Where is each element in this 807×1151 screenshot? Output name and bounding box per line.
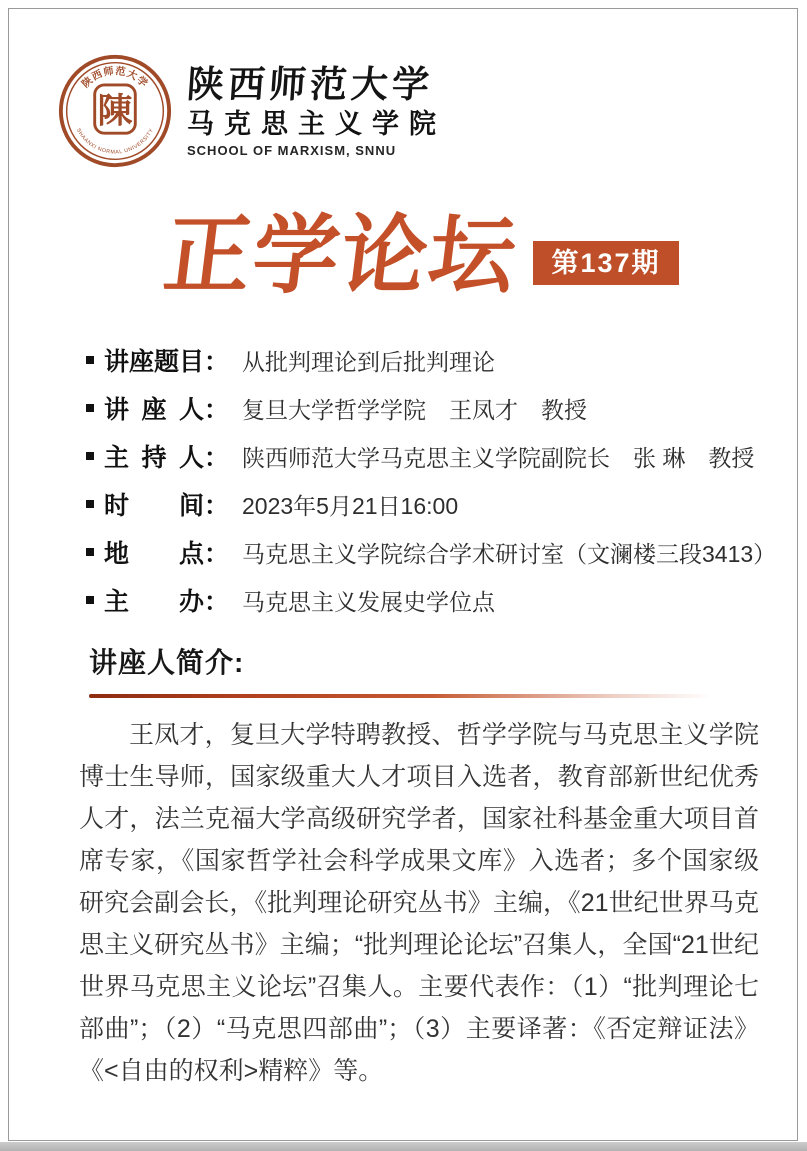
brand-header: 陕西师范大学 SHAANXI NORMAL UNIVERSITY 陳 陕西师范大… [57, 53, 797, 169]
bullet-square-icon [86, 404, 94, 412]
detail-value: 复旦大学哲学学院 王凤才 教授 [242, 392, 587, 425]
detail-label: 地点 [104, 534, 204, 570]
detail-row-topic: 讲座题目 ： 从批判理论到后批判理论 [86, 345, 797, 375]
detail-value: 马克思主义发展史学位点 [242, 584, 495, 617]
detail-row-time: 时间 ： 2023年5月21日16:00 [86, 489, 797, 519]
brand-text-block: 陕西师范大学 马克思主义学院 SCHOOL OF MARXISM, SNNU [187, 64, 446, 158]
forum-title: 正学论坛 [159, 211, 522, 301]
seal-center-character: 陳 [98, 92, 133, 131]
school-name: 马克思主义学院 [187, 110, 446, 140]
university-name: 陕西师范大学 [186, 64, 448, 105]
speaker-bio-section: 讲座人简介: 王凤才，复旦大学特聘教授、哲学学院与马克思主义学院博士生导师，国家… [9, 641, 797, 1092]
detail-colon: ： [204, 534, 229, 570]
bullet-square-icon [86, 452, 94, 460]
bullet-square-icon [86, 500, 94, 508]
detail-label: 主持人 [104, 438, 204, 474]
university-seal-icon: 陕西师范大学 SHAANXI NORMAL UNIVERSITY 陳 [57, 53, 173, 169]
detail-label: 时间 [104, 486, 204, 522]
lecture-details-list: 讲座题目 ： 从批判理论到后批判理论 讲座人 ： 复旦大学哲学学院 王凤才 教授… [9, 345, 797, 615]
detail-label: 讲座人 [104, 390, 204, 426]
detail-label: 主办 [104, 582, 204, 618]
poster-page: 陕西师范大学 SHAANXI NORMAL UNIVERSITY 陳 陕西师范大… [8, 8, 798, 1141]
detail-colon: ： [204, 486, 229, 522]
detail-row-host: 主持人 ： 陕西师范大学马克思主义学院副院长 张 琳 教授 [86, 441, 797, 471]
detail-value: 马克思主义学院综合学术研讨室（文澜楼三段3413） [242, 536, 776, 569]
detail-row-location: 地点 ： 马克思主义学院综合学术研讨室（文澜楼三段3413） [86, 537, 797, 567]
forum-banner: 正学论坛 第137期 [165, 185, 797, 301]
detail-row-speaker: 讲座人 ： 复旦大学哲学学院 王凤才 教授 [86, 393, 797, 423]
detail-value: 2023年5月21日16:00 [242, 488, 458, 521]
bullet-square-icon [86, 356, 94, 364]
detail-row-organizer: 主办 ： 马克思主义发展史学位点 [86, 585, 797, 615]
school-name-english: SCHOOL OF MARXISM, SNNU [187, 143, 446, 158]
bullet-square-icon [86, 548, 94, 556]
bio-heading: 讲座人简介: [89, 641, 797, 681]
detail-colon: ： [204, 438, 229, 474]
detail-colon: ： [204, 342, 229, 378]
issue-badge: 第137期 [533, 241, 679, 285]
detail-colon: ： [204, 582, 229, 618]
bio-paragraph: 王凤才，复旦大学特聘教授、哲学学院与马克思主义学院博士生导师，国家级重大人才项目… [79, 714, 759, 1092]
bullet-square-icon [86, 596, 94, 604]
detail-colon: ： [204, 390, 229, 426]
page-bottom-shadow [0, 1142, 807, 1151]
detail-value: 从批判理论到后批判理论 [242, 344, 495, 377]
detail-value: 陕西师范大学马克思主义学院副院长 张 琳 教授 [242, 440, 754, 473]
detail-label: 讲座题目 [104, 342, 204, 378]
gradient-divider [89, 694, 711, 698]
